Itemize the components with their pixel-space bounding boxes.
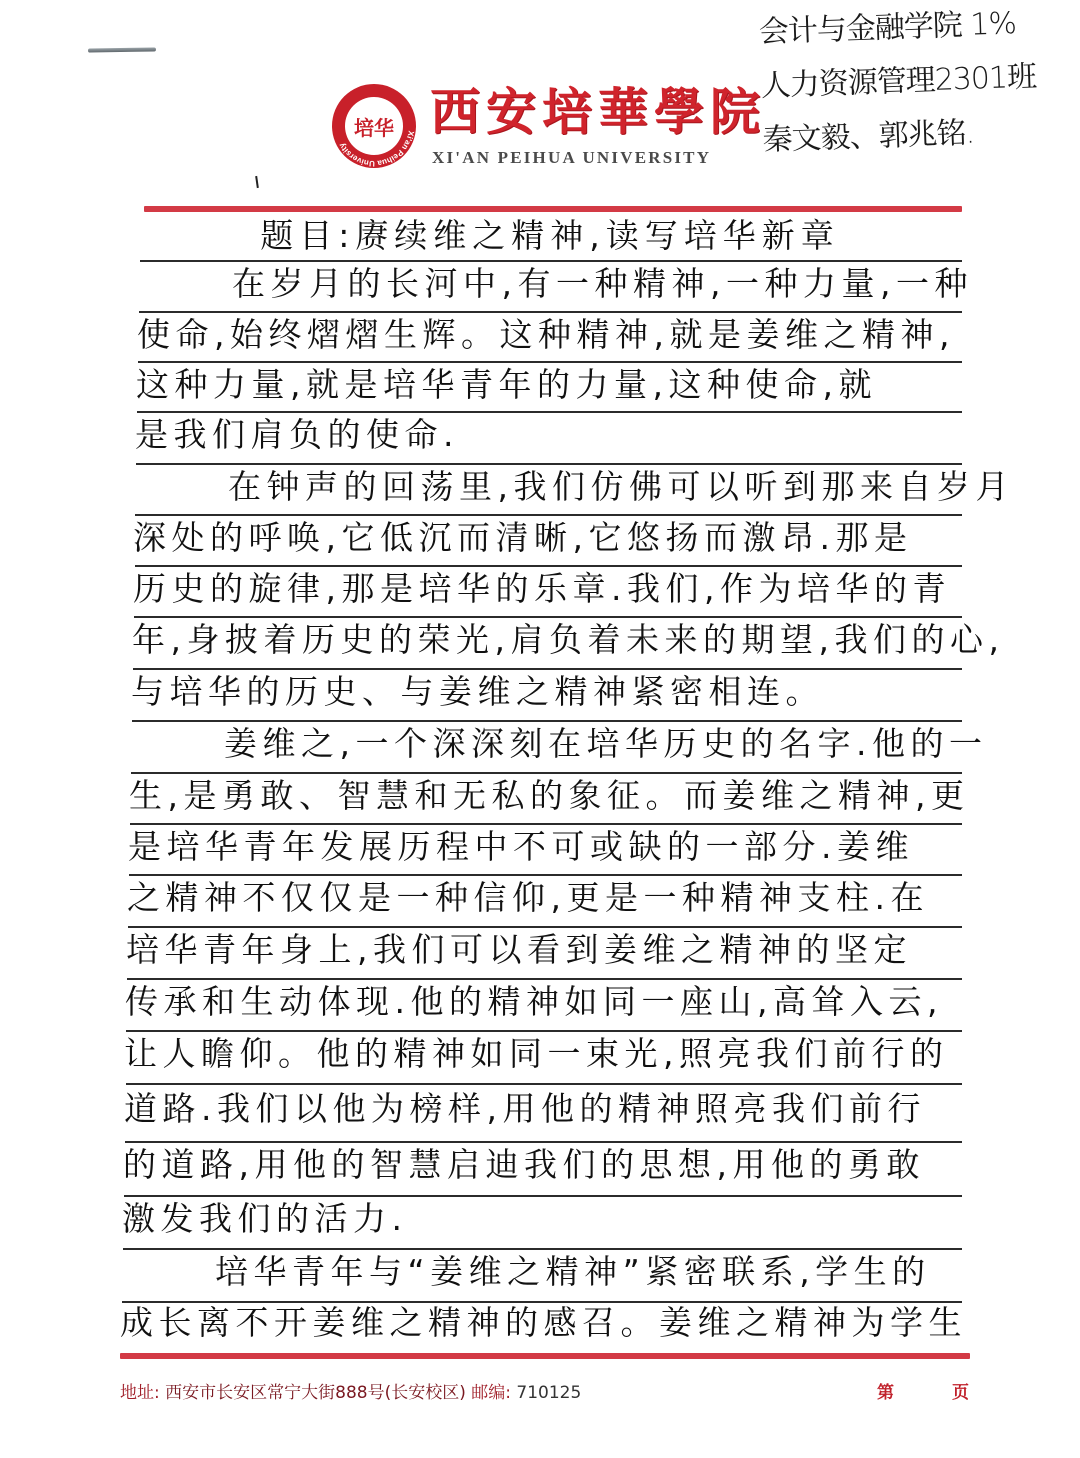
essay-line: 深处的呼唤,它低沉而清晰,它悠扬而激昂.那是: [133, 512, 963, 564]
zip-label: 邮编:: [471, 1383, 511, 1403]
essay-line: 年,身披着历史的荣光,肩负着未来的期望,我们的心,: [132, 614, 962, 666]
address-value: 西安市长安区常宁大街888号(长安校区): [165, 1383, 466, 1403]
essay-line: 培华青年身上,我们可以看到姜维之精神的坚定: [126, 924, 956, 976]
essay-line: 激发我们的活力.: [122, 1193, 952, 1245]
essay-line: 姜维之,一个深深刻在培华历史的名字.他的一: [130, 718, 960, 770]
note-line-class: 人力资源管理2301班: [760, 49, 1080, 114]
school-name-english: XI'AN PEIHUA UNIVERSITY: [432, 148, 711, 168]
letterhead: Xi'an Peihua University 培华 西安培華學院 XI'AN …: [330, 82, 780, 182]
essay-line: 在钟声的回荡里,我们仿佛可以听到那来自岁月: [134, 461, 964, 513]
essay-line: 成长离不开姜维之精神的感召。姜维之精神为学生: [120, 1297, 950, 1349]
essay-line: 使命,始终熠熠生辉。这种精神,就是姜维之精神,: [137, 309, 967, 361]
page-suffix: 页: [952, 1378, 969, 1403]
seal-center-text: 培华: [354, 112, 394, 141]
staple-mark: [88, 47, 156, 52]
seal-center: 培华: [345, 97, 403, 155]
letter-paper: Xi'an Peihua University 培华 西安培華學院 XI'AN …: [0, 0, 1080, 1458]
essay-line: 之精神不仅仅是一种信仰,更是一种精神支柱.在: [127, 872, 957, 924]
essay-line: 传承和生动体现.他的精神如同一座山,高耸入云,: [125, 976, 955, 1028]
letterhead-footer: 地址: 西安市长安区常宁大街888号(长安校区) 邮编: 710125 第 页: [120, 1378, 970, 1408]
bottom-red-rule: [120, 1353, 970, 1359]
essay-title: 题目:赓续维之精神,读写培华新章: [140, 210, 960, 262]
pen-mark: [255, 176, 259, 188]
handwritten-author-note: 会计与金融学院 1% 人力资源管理2301班 秦文毅、郭兆铭.: [758, 0, 1080, 168]
essay-line: 这种力量,就是培华青年的力量,这种使命,就: [136, 359, 966, 411]
zip-value: 710125: [516, 1383, 581, 1403]
university-seal-logo: Xi'an Peihua University 培华: [332, 84, 416, 168]
essay-line: 在岁月的长河中,有一种精神,一种力量,一种: [138, 258, 968, 310]
address-label: 地址:: [120, 1383, 160, 1403]
essay-line: 让人瞻仰。他的精神如同一束光,照亮我们前行的: [124, 1028, 954, 1080]
essay-line: 是培华青年发展历程中不可或缺的一部分.姜维: [128, 821, 958, 873]
essay-line: 生,是勇敢、智慧和无私的象征。而姜维之精神,更: [129, 770, 959, 822]
essay-line: 的道路,用他的智慧启迪我们的思想,用他的勇敢: [123, 1139, 953, 1191]
page-label: 第: [877, 1378, 894, 1403]
school-name-chinese: 西安培華學院: [430, 82, 766, 142]
essay-line: 道路.我们以他为榜样,用他的精神照亮我们前行: [124, 1083, 954, 1135]
essay-line: 是我们肩负的使命.: [135, 409, 965, 461]
essay-line: 培华青年与“姜维之精神”紧密联系,学生的: [121, 1246, 951, 1298]
essay-line: 与培华的历史、与姜维之精神紧密相连。: [131, 666, 961, 718]
essay-line: 历史的旋律,那是培华的乐章.我们,作为培华的青: [133, 563, 963, 615]
note-line-authors: 秦文毅、郭兆铭.: [762, 103, 1080, 168]
